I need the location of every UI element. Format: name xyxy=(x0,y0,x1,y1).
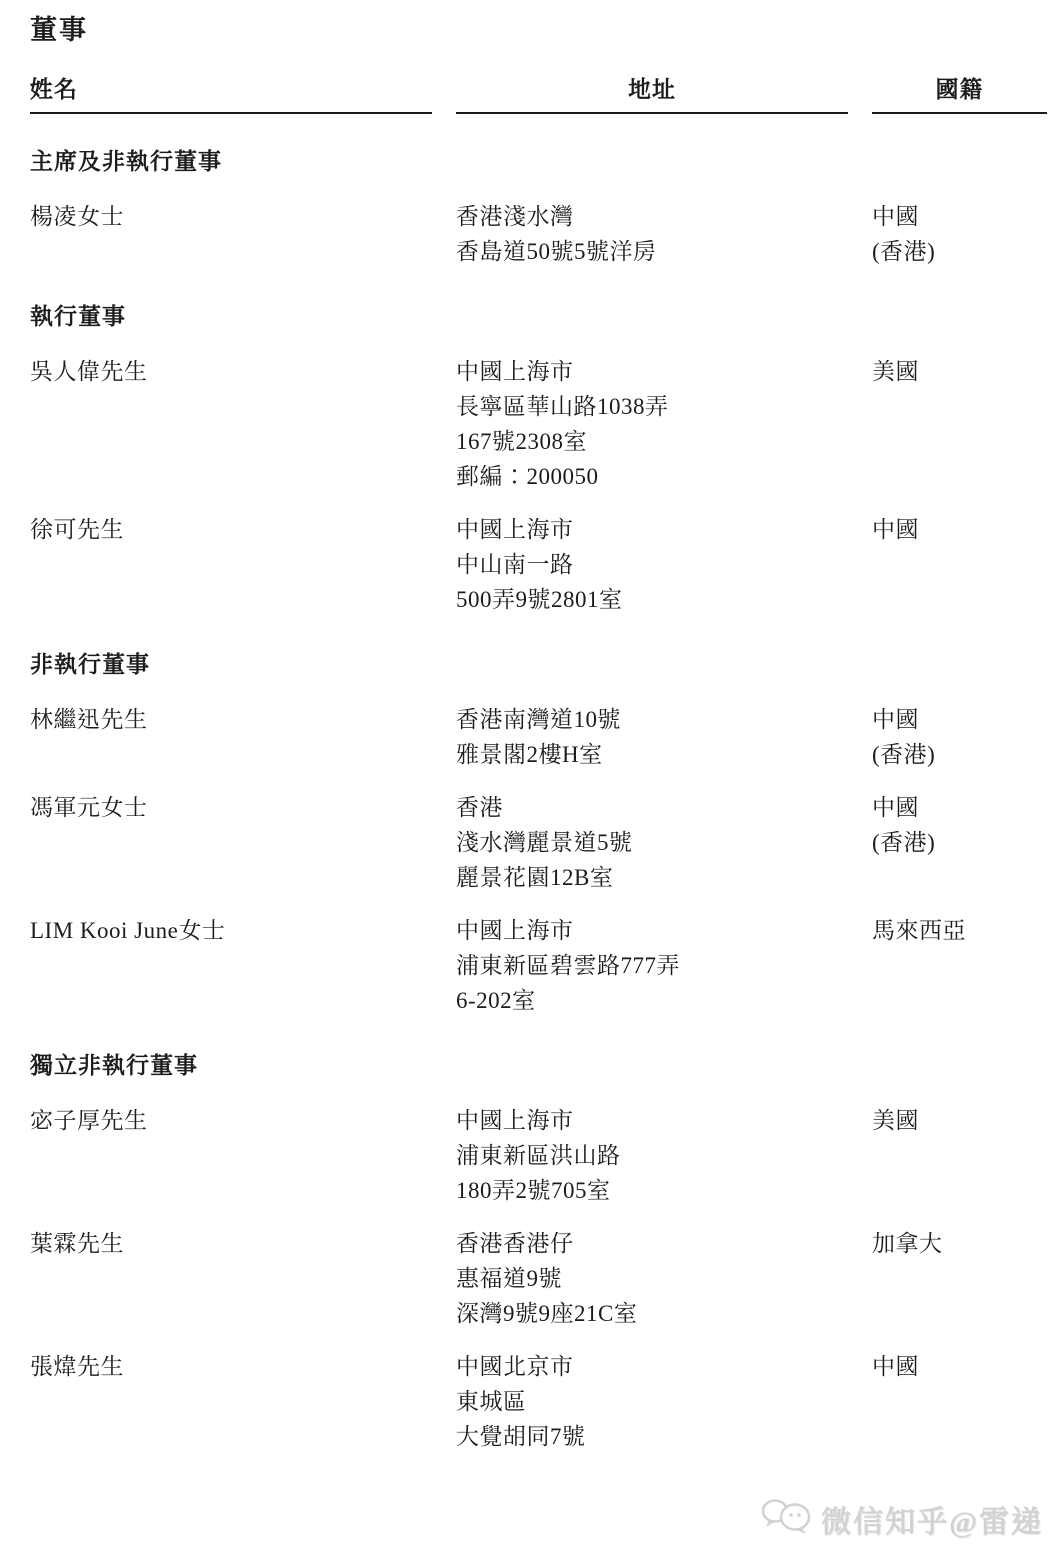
address-line: 大覺胡同7號 xyxy=(456,1419,848,1454)
address-line: 中國上海市 xyxy=(456,354,848,389)
column-header-address: 地址 xyxy=(456,72,848,114)
directors-table: 姓名地址國籍 主席及非執行董事楊凌女士香港淺水灣香島道50號5號洋房中國(香港)… xyxy=(30,72,1047,1454)
nationality-line: 馬來西亞 xyxy=(872,913,1047,948)
address-line: 淺水灣麗景道5號 xyxy=(456,825,848,860)
address-cell: 中國北京市東城區大覺胡同7號 xyxy=(456,1349,848,1454)
nationality-line: 中國 xyxy=(872,512,1047,547)
table-row: 張煒先生中國北京市東城區大覺胡同7號中國 xyxy=(30,1349,1047,1454)
director-name-cell: 馮軍元女士 xyxy=(30,790,432,895)
address-line: 香島道50號5號洋房 xyxy=(456,234,848,269)
document-page: 董事 姓名地址國籍 主席及非執行董事楊凌女士香港淺水灣香島道50號5號洋房中國(… xyxy=(0,0,1061,1555)
address-line: 香港 xyxy=(456,790,848,825)
director-name-cell: 林繼迅先生 xyxy=(30,702,432,772)
table-row: 楊凌女士香港淺水灣香島道50號5號洋房中國(香港) xyxy=(30,199,1047,269)
director-name-cell: 徐可先生 xyxy=(30,512,432,617)
address-line: 長寧區華山路1038弄 xyxy=(456,389,848,424)
nationality-line: (香港) xyxy=(872,825,1047,860)
table-row: 宓子厚先生中國上海市浦東新區洪山路180弄2號705室美國 xyxy=(30,1103,1047,1208)
nationality-cell: 中國(香港) xyxy=(872,702,1047,772)
nationality-cell: 中國 xyxy=(872,512,1047,617)
address-line: 中國北京市 xyxy=(456,1349,848,1384)
nationality-line: 中國 xyxy=(872,1349,1047,1384)
nationality-cell: 中國 xyxy=(872,1349,1047,1454)
director-name-cell: LIM Kooi June女士 xyxy=(30,913,432,1018)
nationality-cell: 中國(香港) xyxy=(872,790,1047,895)
address-line: 麗景花園12B室 xyxy=(456,860,848,895)
address-cell: 香港淺水灣麗景道5號麗景花園12B室 xyxy=(456,790,848,895)
address-line: 500弄9號2801室 xyxy=(456,582,848,617)
nationality-line: 中國 xyxy=(872,199,1047,234)
address-line: 浦東新區碧雲路777弄 xyxy=(456,948,848,983)
table-header-row: 姓名地址國籍 xyxy=(30,72,1047,114)
address-line: 中國上海市 xyxy=(456,913,848,948)
address-cell: 中國上海市中山南一路500弄9號2801室 xyxy=(456,512,848,617)
table-row: LIM Kooi June女士中國上海市浦東新區碧雲路777弄6-202室馬來西… xyxy=(30,913,1047,1018)
watermark-text: 微信知乎@雷递 xyxy=(821,1497,1043,1541)
address-line: 中國上海市 xyxy=(456,1103,848,1138)
address-line: 惠福道9號 xyxy=(456,1261,848,1296)
column-header-name: 姓名 xyxy=(30,72,432,114)
address-line: 中山南一路 xyxy=(456,547,848,582)
table-row: 葉霖先生香港香港仔惠福道9號深灣9號9座21C室加拿大 xyxy=(30,1226,1047,1331)
address-line: 香港香港仔 xyxy=(456,1226,848,1261)
address-line: 中國上海市 xyxy=(456,512,848,547)
address-line: 6-202室 xyxy=(456,983,848,1018)
director-name-cell: 張煒先生 xyxy=(30,1349,432,1454)
nationality-line: 中國 xyxy=(872,702,1047,737)
nationality-cell: 馬來西亞 xyxy=(872,913,1047,1018)
director-name-cell: 吳人偉先生 xyxy=(30,354,432,494)
page-title: 董事 xyxy=(30,12,1047,48)
nationality-line: 美國 xyxy=(872,1103,1047,1138)
address-cell: 中國上海市浦東新區碧雲路777弄6-202室 xyxy=(456,913,848,1018)
director-name-cell: 宓子厚先生 xyxy=(30,1103,432,1208)
nationality-cell: 中國(香港) xyxy=(872,199,1047,269)
nationality-cell: 美國 xyxy=(872,1103,1047,1208)
nationality-line: (香港) xyxy=(872,737,1047,772)
nationality-cell: 加拿大 xyxy=(872,1226,1047,1331)
nationality-line: 美國 xyxy=(872,354,1047,389)
column-header-nationality: 國籍 xyxy=(872,72,1047,114)
address-line: 雅景閣2樓H室 xyxy=(456,737,848,772)
table-row: 林繼迅先生香港南灣道10號雅景閣2樓H室中國(香港) xyxy=(30,702,1047,772)
address-line: 浦東新區洪山路 xyxy=(456,1138,848,1173)
nationality-line: (香港) xyxy=(872,234,1047,269)
address-line: 深灣9號9座21C室 xyxy=(456,1296,848,1331)
table-row: 吳人偉先生中國上海市長寧區華山路1038弄167號2308室郵編：200050美… xyxy=(30,354,1047,494)
director-name-cell: 葉霖先生 xyxy=(30,1226,432,1331)
address-line: 180弄2號705室 xyxy=(456,1173,848,1208)
address-line: 167號2308室 xyxy=(456,424,848,459)
nationality-line: 中國 xyxy=(872,790,1047,825)
watermark: 微信知乎@雷递 xyxy=(761,1496,1043,1541)
address-line: 香港南灣道10號 xyxy=(456,702,848,737)
nationality-cell: 美國 xyxy=(872,354,1047,494)
director-name-cell: 楊凌女士 xyxy=(30,199,432,269)
nationality-line: 加拿大 xyxy=(872,1226,1047,1261)
address-cell: 香港淺水灣香島道50號5號洋房 xyxy=(456,199,848,269)
address-line: 香港淺水灣 xyxy=(456,199,848,234)
table-row: 徐可先生中國上海市中山南一路500弄9號2801室中國 xyxy=(30,512,1047,617)
chat-bubbles-icon xyxy=(761,1496,813,1541)
table-row: 馮軍元女士香港淺水灣麗景道5號麗景花園12B室中國(香港) xyxy=(30,790,1047,895)
address-line: 東城區 xyxy=(456,1384,848,1419)
section-heading: 主席及非執行董事 xyxy=(30,144,1047,179)
section-heading: 執行董事 xyxy=(30,299,1047,334)
address-cell: 香港南灣道10號雅景閣2樓H室 xyxy=(456,702,848,772)
section-heading: 非執行董事 xyxy=(30,647,1047,682)
address-cell: 中國上海市浦東新區洪山路180弄2號705室 xyxy=(456,1103,848,1208)
address-cell: 中國上海市長寧區華山路1038弄167號2308室郵編：200050 xyxy=(456,354,848,494)
address-line: 郵編：200050 xyxy=(456,459,848,494)
section-heading: 獨立非執行董事 xyxy=(30,1048,1047,1083)
address-cell: 香港香港仔惠福道9號深灣9號9座21C室 xyxy=(456,1226,848,1331)
table-body: 主席及非執行董事楊凌女士香港淺水灣香島道50號5號洋房中國(香港)執行董事吳人偉… xyxy=(30,144,1047,1454)
